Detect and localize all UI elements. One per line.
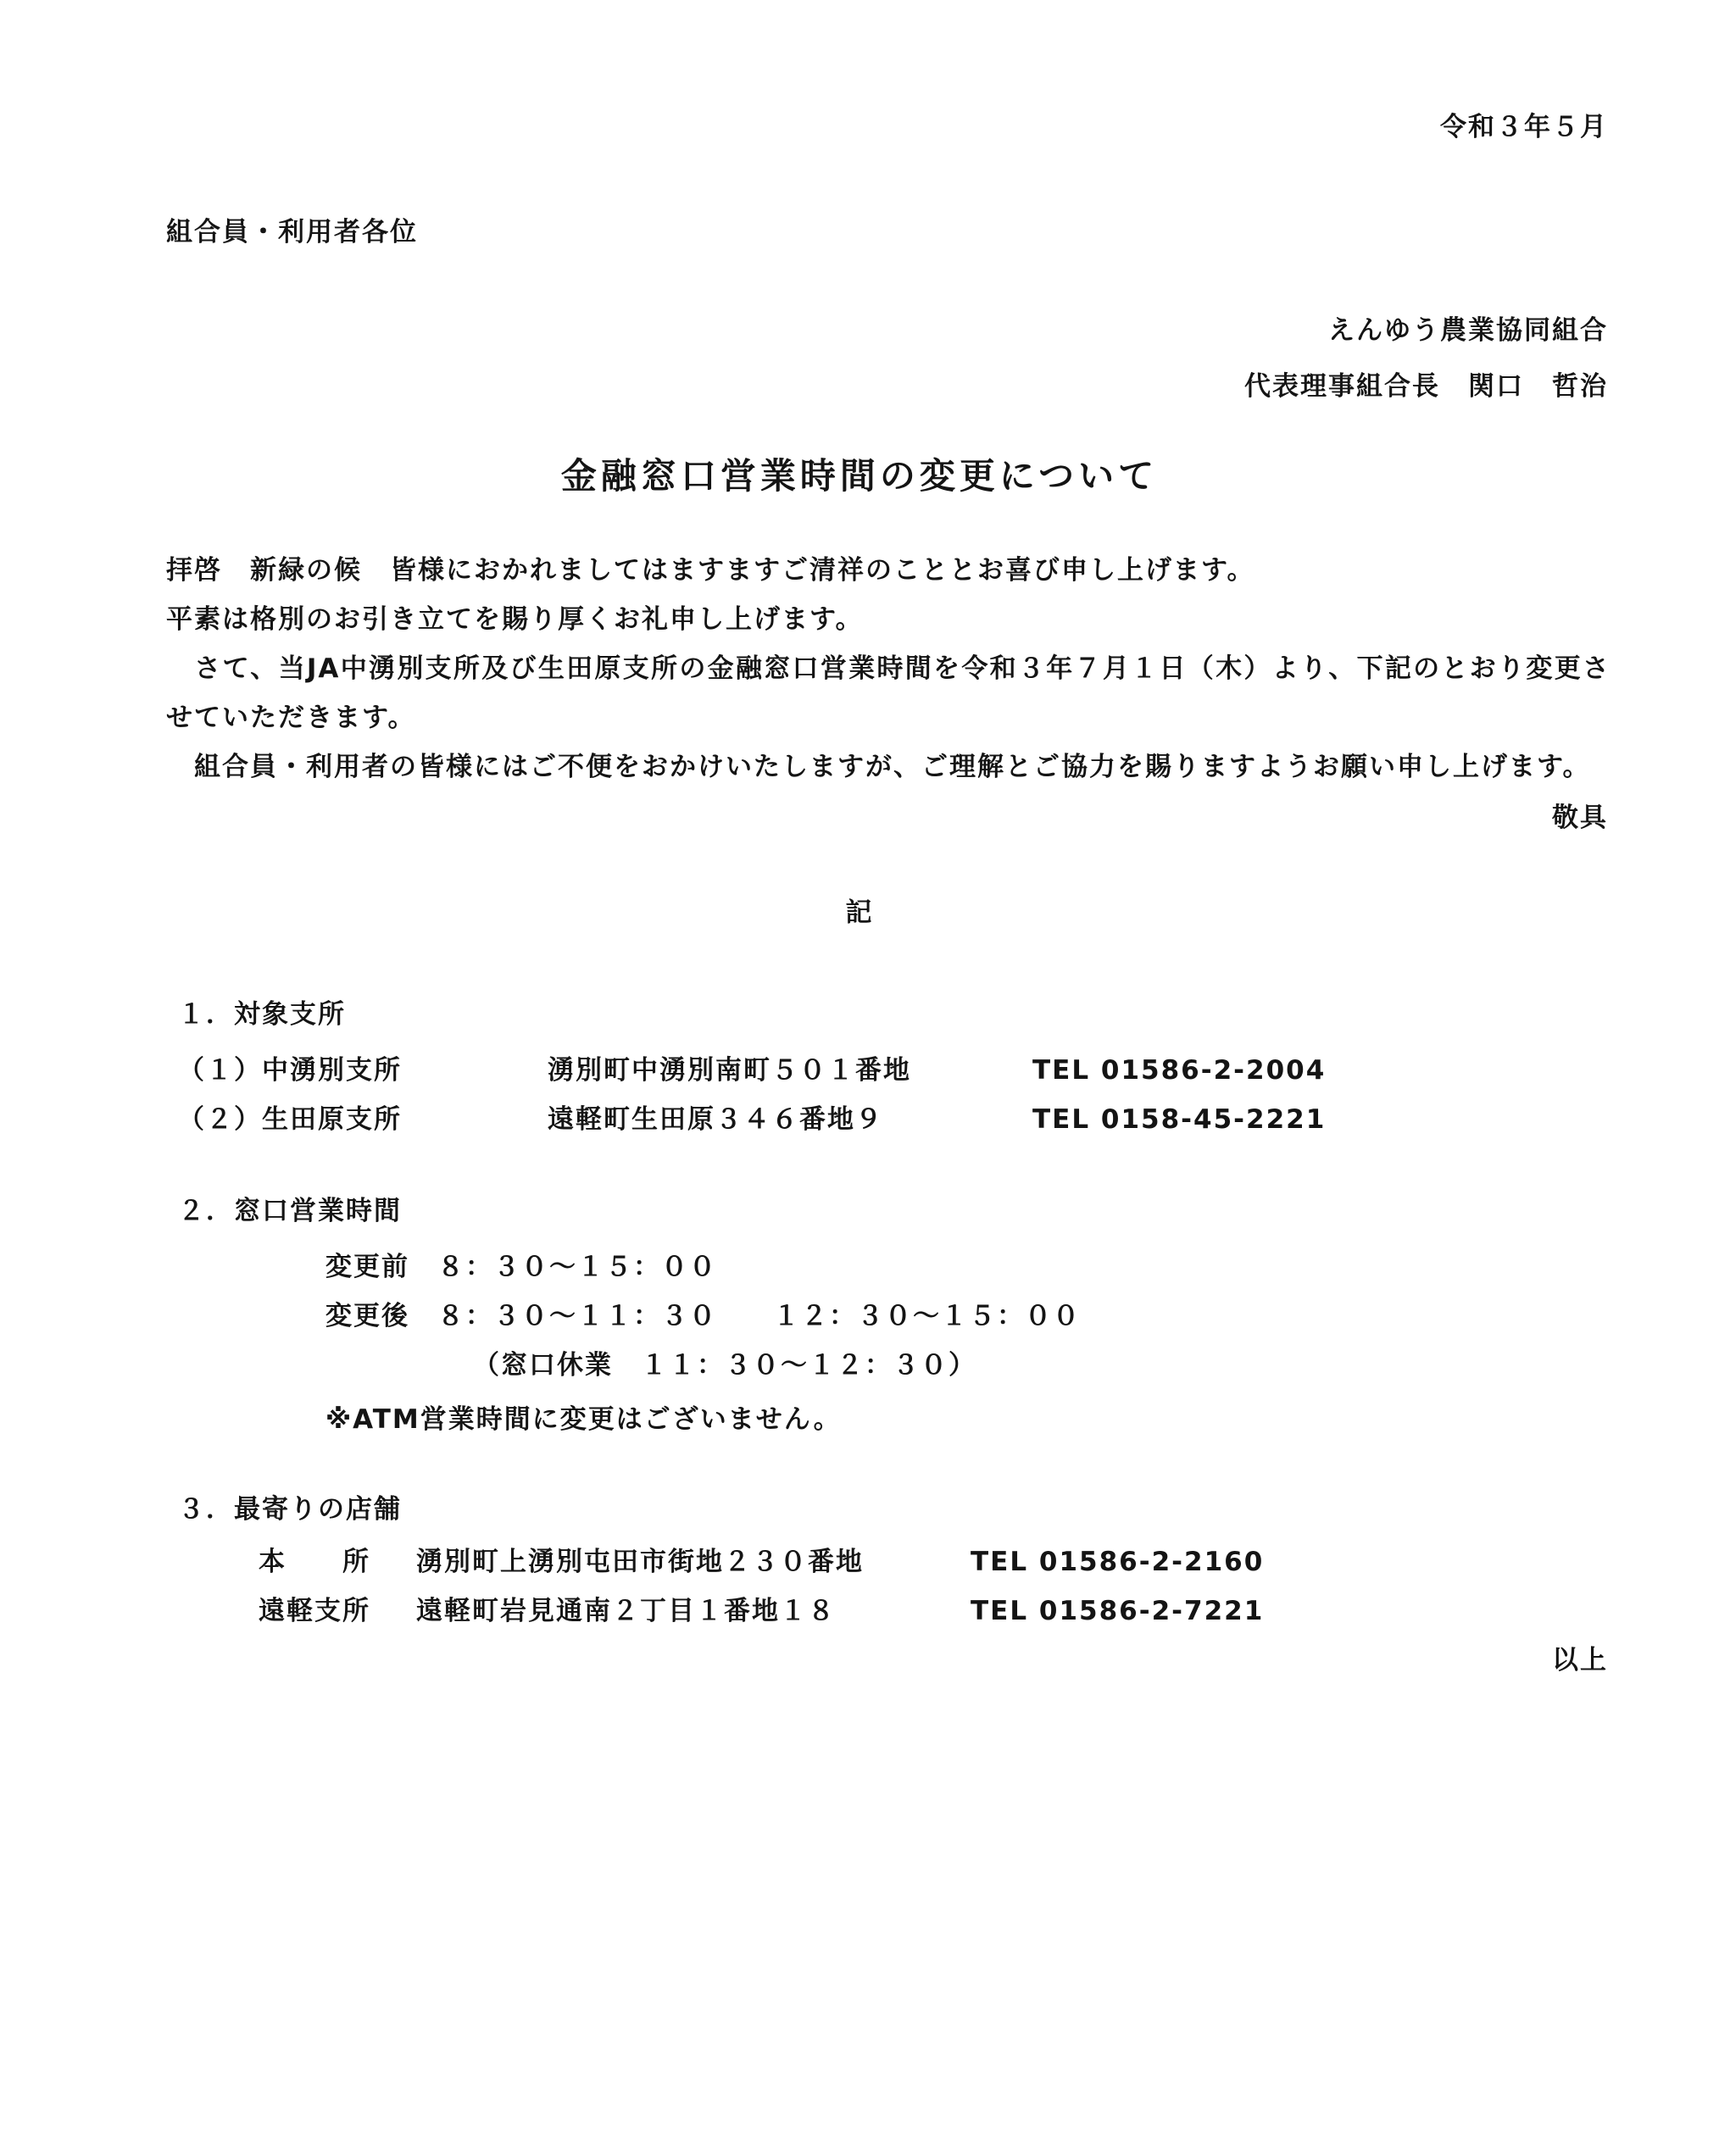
store-label: 本 所 bbox=[259, 1537, 416, 1586]
closing-keigu: 敬具 bbox=[0, 793, 1608, 842]
store-row: 本 所 湧別町上湧別屯田市街地２３０番地 TEL 01586-2-2160 bbox=[259, 1537, 1719, 1586]
sender-representative: 代表理事組合長 関口 哲治 bbox=[0, 368, 1608, 405]
end-marker: 以上 bbox=[0, 1636, 1608, 1685]
store-address: 湧別町上湧別屯田市街地２３０番地 bbox=[416, 1537, 971, 1586]
issue-date: 令和３年５月 bbox=[0, 108, 1608, 146]
atm-note: ※ATM営業時間に変更はございません。 bbox=[325, 1395, 1719, 1444]
hours-before-change: 変更前 ８：３０～１５：００ bbox=[325, 1242, 1719, 1292]
body-paragraph-greeting: 拝啓 新緑の候 皆様におかれましてはますますご清祥のこととお喜び申し上げます。 bbox=[166, 546, 1611, 595]
store-address: 遠軽町岩見通南２丁目１番地１８ bbox=[416, 1586, 971, 1636]
branch-address: 湧別町中湧別南町５０１番地 bbox=[548, 1046, 1032, 1095]
record-marker: 記 bbox=[0, 888, 1719, 937]
body-paragraph-thanks: 平素は格別のお引き立てを賜り厚くお礼申し上げます。 bbox=[166, 595, 1611, 644]
branch-row: （２）生田原支所 遠軽町生田原３４６番地９ TEL 0158-45-2221 bbox=[178, 1095, 1719, 1144]
branch-label: （２）生田原支所 bbox=[178, 1095, 548, 1144]
branch-row: （１）中湧別支所 湧別町中湧別南町５０１番地 TEL 01586-2-2004 bbox=[178, 1046, 1719, 1095]
store-row: 遠軽支所 遠軽町岩見通南２丁目１番地１８ TEL 01586-2-7221 bbox=[259, 1586, 1719, 1636]
section-heading-nearby-stores: ３．最寄りの店舗 bbox=[178, 1485, 1719, 1534]
branch-tel: TEL 0158-45-2221 bbox=[1032, 1095, 1326, 1144]
body-text: 拝啓 新緑の候 皆様におかれましてはますますご清祥のこととお喜び申し上げます。 … bbox=[166, 546, 1611, 792]
document-title: 金融窓口営業時間の変更について bbox=[0, 453, 1719, 500]
branch-tel: TEL 01586-2-2004 bbox=[1032, 1046, 1326, 1095]
section-heading-business-hours: ２．窓口営業時間 bbox=[178, 1186, 1719, 1236]
branch-address: 遠軽町生田原３４６番地９ bbox=[548, 1095, 1032, 1144]
body-paragraph-announcement: さて、当JA中湧別支所及び生田原支所の金融窓口営業時間を令和３年７月１日（木）よ… bbox=[166, 644, 1611, 742]
sender-organization: えんゆう農業協同組合 bbox=[0, 312, 1608, 349]
hours-after-change: 変更後 ８：３０～１１：３０ １２：３０～１５：００ bbox=[325, 1292, 1719, 1341]
branch-label: （１）中湧別支所 bbox=[178, 1046, 548, 1095]
store-tel: TEL 01586-2-2160 bbox=[971, 1537, 1264, 1586]
document-page: 令和３年５月 組合員・利用者各位 えんゆう農業協同組合 代表理事組合長 関口 哲… bbox=[0, 0, 1719, 2156]
body-paragraph-apology: 組合員・利用者の皆様にはご不便をおかけいたしますが、ご理解とご協力を賜りますよう… bbox=[166, 742, 1611, 792]
store-tel: TEL 01586-2-7221 bbox=[971, 1586, 1264, 1636]
addressee-line: 組合員・利用者各位 bbox=[166, 214, 1719, 251]
section-heading-target-branches: １．対象支所 bbox=[178, 990, 1719, 1039]
hours-lunch-break: （窓口休業 １１：３０～１２：３０） bbox=[473, 1341, 1719, 1390]
store-label: 遠軽支所 bbox=[259, 1586, 416, 1636]
